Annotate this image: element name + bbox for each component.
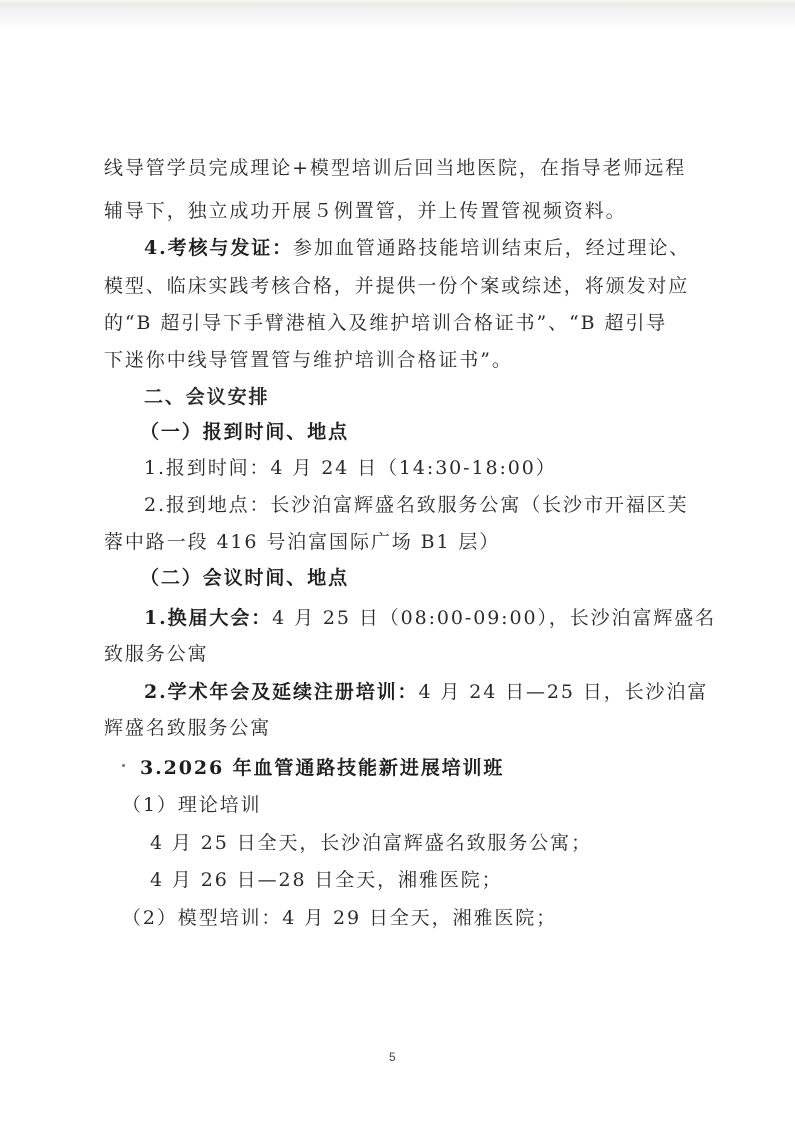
paragraph-line: 线导管学员完成理论+模型培训后回当地医院，在指导老师远程: [104, 156, 704, 180]
item-text: 4 月 25 日（08:00-09:00），长沙泊富辉盛名: [272, 607, 716, 629]
paragraph-line: 蓉中路一段 416 号泊富国际广场 B1 层）: [104, 530, 704, 554]
paragraph-line: 下迷你中线导管置管与维护培训合格证书”。: [104, 348, 704, 372]
subsection-heading-meeting-time: （二）会议时间、地点: [140, 566, 740, 590]
paragraph-line: 1.换届大会：4 月 25 日（08:00-09:00），长沙泊富辉盛名: [144, 606, 744, 630]
paragraph-line: 2.学术年会及延续注册培训：4 月 24 日—25 日，长沙泊富: [144, 680, 744, 704]
registration-time: 1.报到时间：4 月 24 日（14:30-18:00）: [144, 456, 744, 480]
item-label-general-assembly: 1.换届大会：: [144, 607, 272, 629]
section-heading-meeting-arrangement: 二、会议安排: [144, 385, 744, 409]
item-heading-training-course: 3.2026 年血管通路技能新进展培训班: [140, 756, 740, 780]
sub-item-theory-training: （1）理论培训: [122, 793, 722, 817]
paragraph-line: 辉盛名致服务公寓: [104, 716, 704, 740]
schedule-line: 4 月 26 日—28 日全天，湘雅医院；: [150, 868, 750, 892]
item-text: 4 月 24 日—25 日，长沙泊富: [418, 681, 708, 703]
page-number: 5: [389, 1050, 396, 1064]
paragraph-line: 致服务公寓: [104, 642, 704, 666]
scan-speck: [122, 764, 125, 767]
document-page: 线导管学员完成理论+模型培训后回当地医院，在指导老师远程 辅导下，独立成功开展５…: [0, 0, 795, 1123]
registration-location: 2.报到地点：长沙泊富辉盛名致服务公寓（长沙市开福区芙: [144, 493, 744, 517]
paragraph-line: 4.考核与发证：参加血管通路技能培训结束后，经过理论、: [144, 236, 744, 260]
sub-item-model-training: （2）模型培训：4 月 29 日全天，湘雅医院；: [122, 906, 722, 930]
subsection-heading-registration: （一）报到时间、地点: [140, 420, 740, 444]
item-text: 参加血管通路技能培训结束后，经过理论、: [293, 237, 690, 259]
paragraph-line: 的“B 超引导下手臂港植入及维护培训合格证书”、“B 超引导: [104, 311, 704, 335]
item-label-assessment: 4.考核与发证：: [144, 237, 293, 259]
schedule-line: 4 月 25 日全天，长沙泊富辉盛名致服务公寓；: [150, 831, 750, 855]
paragraph-line: 辅导下，独立成功开展５例置管，并上传置管视频资料。: [104, 199, 704, 223]
item-label-academic-conference: 2.学术年会及延续注册培训：: [144, 681, 418, 703]
paragraph-line: 模型、临床实践考核合格，并提供一份个案或综述，将颁发对应: [104, 274, 704, 298]
